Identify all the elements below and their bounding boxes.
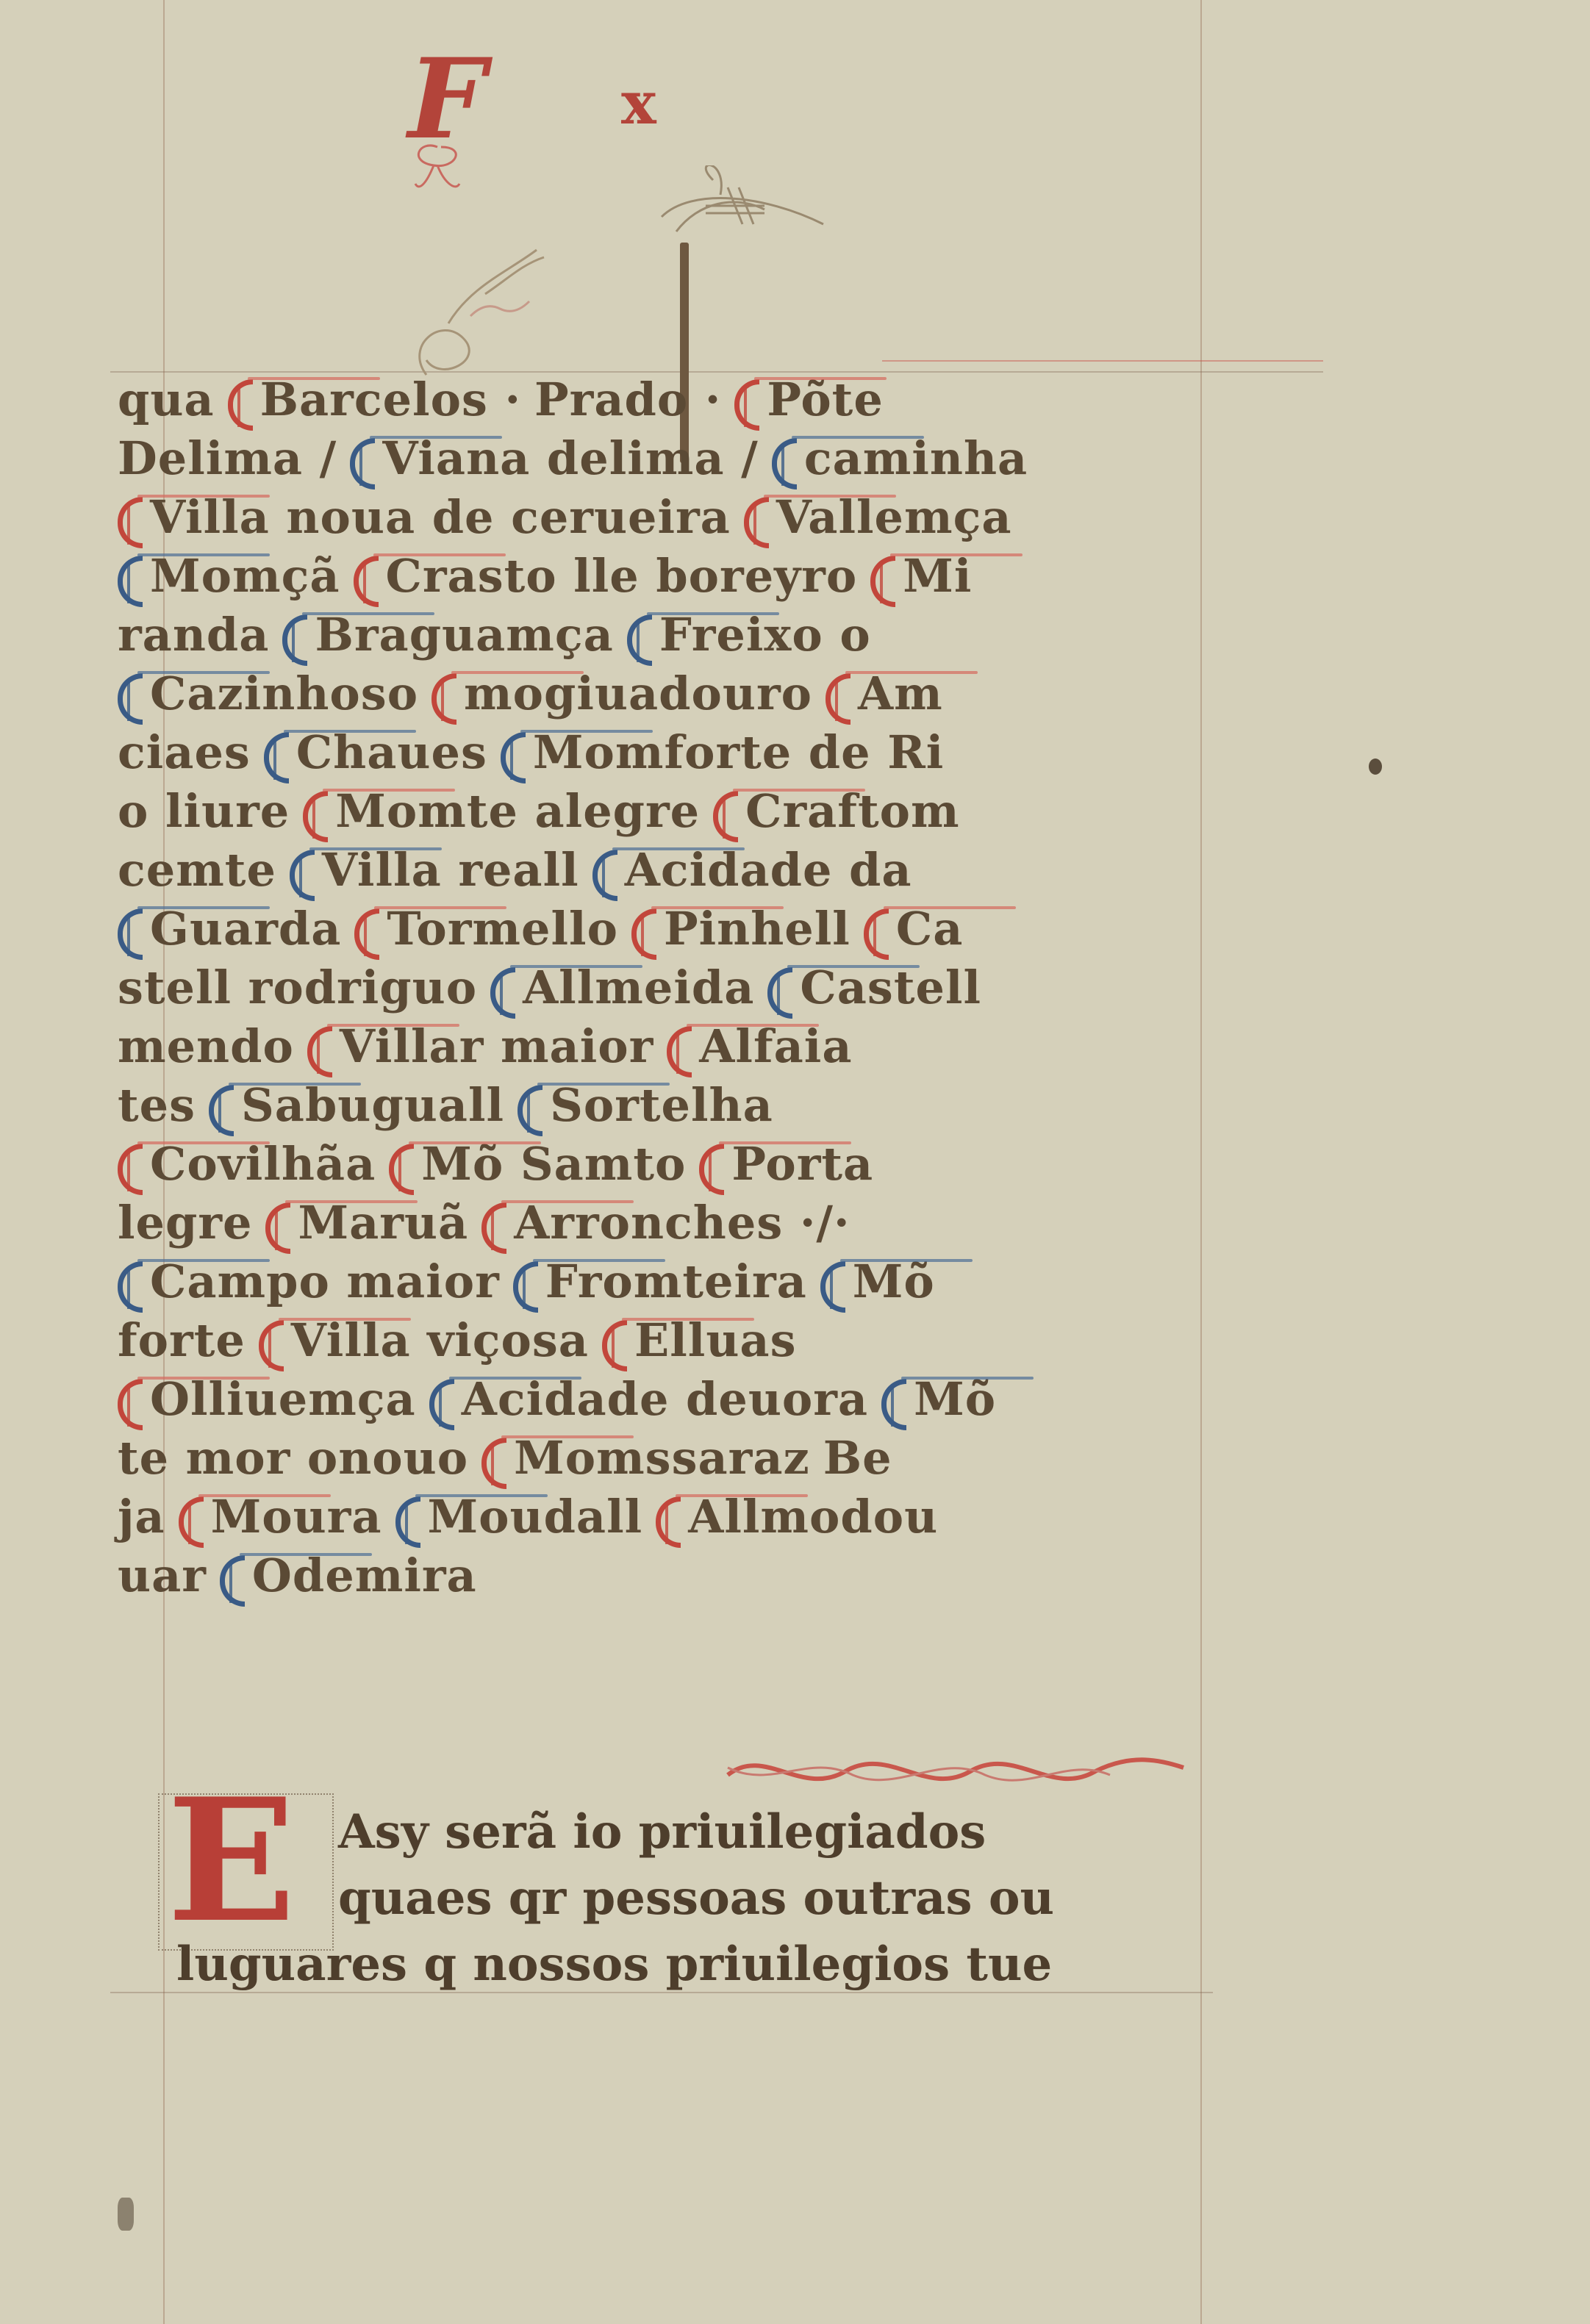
place-name: Mõ	[881, 1372, 996, 1426]
place-name-text: Campo maior	[150, 1255, 500, 1308]
red-paragraph-mark-icon	[602, 1320, 627, 1371]
place-name-text: ciaes	[118, 725, 251, 779]
place-name-text: Crasto lle boreyro	[386, 549, 858, 603]
place-name: te mor onouo	[118, 1431, 468, 1485]
place-name-text: Vallemça	[776, 490, 1012, 544]
blue-paragraph-mark-icon	[490, 967, 515, 1019]
text-line: uarOdemira	[118, 1543, 1264, 1602]
red-paragraph-mark-icon	[864, 908, 889, 960]
place-name-text: Villa noua de cerueira	[150, 490, 731, 544]
place-name-text: Castell	[800, 961, 981, 1014]
place-name: Momçã	[118, 549, 340, 603]
blue-paragraph-mark-icon	[282, 614, 307, 666]
place-name: Be	[823, 1431, 892, 1485]
place-name-text: uar	[118, 1549, 207, 1602]
place-name: Crasto lle boreyro	[354, 549, 858, 603]
red-paragraph-mark-icon	[870, 556, 895, 607]
ink-stain	[118, 2198, 134, 2231]
place-name: Villa noua de cerueira	[118, 490, 731, 544]
blue-paragraph-mark-icon	[772, 438, 797, 489]
text-line: GuardaTormelloPinhellCa	[118, 897, 1264, 955]
place-name: Vallemça	[744, 490, 1012, 544]
place-name: Moudall	[395, 1490, 643, 1543]
text-line: randaBraguamçaFreixo o	[118, 603, 1264, 661]
place-name: Olliuemça	[118, 1372, 416, 1426]
text-line: legreMaruãArronches ·/·	[118, 1191, 1264, 1249]
blue-paragraph-mark-icon	[820, 1261, 845, 1313]
text-line: o liureMomte alegreCraftom	[118, 779, 1264, 838]
place-name-text: Prado ·	[534, 373, 721, 426]
place-name: cemte	[118, 843, 276, 897]
blue-paragraph-mark-icon	[767, 967, 792, 1019]
place-name-text: mogiuadouro	[464, 667, 812, 720]
place-name: Momforte de Ri	[501, 725, 944, 779]
blue-paragraph-mark-icon	[118, 673, 143, 725]
place-name-text: Elluas	[634, 1313, 797, 1367]
red-paragraph-mark-icon	[303, 791, 328, 842]
red-paragraph-mark-icon	[431, 673, 456, 725]
red-paragraph-mark-icon	[826, 673, 850, 725]
place-name-text: Alfaia	[699, 1019, 852, 1073]
place-name-text: qua	[118, 373, 215, 426]
place-name-text: Villar maior	[340, 1019, 653, 1073]
place-name: Chaues	[264, 725, 487, 779]
place-name-text: Ca	[896, 902, 964, 955]
place-name-text: stell rodriguo	[118, 961, 477, 1014]
place-name: Tormello	[354, 902, 618, 955]
red-paragraph-mark-icon	[744, 497, 769, 548]
red-paragraph-mark-icon	[667, 1026, 692, 1077]
ink-stain	[1369, 758, 1382, 775]
line-filler-flourish-icon	[720, 1746, 1191, 1797]
ruling-line	[110, 1992, 1213, 1993]
place-name-text: Olliuemça	[150, 1372, 416, 1426]
bow-flourish-icon	[404, 140, 470, 198]
place-name: Momssaraz	[481, 1431, 810, 1485]
text-line: CovilhãaMõ SamtoPorta	[118, 1132, 1264, 1191]
place-name-text: tes	[118, 1078, 196, 1132]
closing-paragraph: Asy serã io priuilegiados quaes qr pesso…	[338, 1793, 1257, 1992]
place-name-text: Moura	[211, 1490, 382, 1543]
text-line: Delima /Viana delima /caminha	[118, 426, 1264, 485]
place-name: legre	[118, 1196, 252, 1249]
place-name-text: Allmodou	[688, 1490, 938, 1543]
red-paragraph-mark-icon	[389, 1144, 414, 1195]
place-name-text: forte	[118, 1313, 246, 1367]
red-paragraph-mark-icon	[656, 1496, 681, 1548]
place-name: Delima /	[118, 431, 337, 485]
place-name-text: Mõ Samto	[421, 1137, 686, 1191]
place-name: Am	[826, 667, 943, 720]
red-paragraph-mark-icon	[699, 1144, 724, 1195]
place-name-text: Momssaraz	[514, 1431, 810, 1485]
place-name: Villar maior	[307, 1019, 653, 1073]
place-name-text: Momçã	[150, 549, 340, 603]
place-name-text: cemte	[118, 843, 276, 897]
place-name-text: Fromteira	[545, 1255, 807, 1308]
place-name-text: Pinhell	[664, 902, 850, 955]
text-line: luguares q nossos priuilegios tue	[176, 1926, 1257, 1992]
red-paragraph-mark-icon	[481, 1438, 506, 1489]
text-line: OlliuemçaAcidade deuoraMõ	[118, 1367, 1264, 1426]
place-name: Prado ·	[534, 373, 721, 426]
red-paragraph-mark-icon	[307, 1026, 332, 1077]
place-name: qua	[118, 373, 215, 426]
place-name: Fromteira	[513, 1255, 807, 1308]
blue-paragraph-mark-icon	[264, 732, 289, 783]
blue-paragraph-mark-icon	[518, 1085, 542, 1136]
place-name: mogiuadouro	[431, 667, 812, 720]
blue-paragraph-mark-icon	[118, 556, 143, 607]
place-name: randa	[118, 608, 269, 661]
place-name: Guarda	[118, 902, 341, 955]
place-name-text: Acidade deuora	[462, 1372, 868, 1426]
place-name-text: mendo	[118, 1019, 294, 1073]
text-line: Asy serã io priuilegiados	[338, 1793, 1257, 1859]
place-name-text: Villa reall	[322, 843, 579, 897]
place-name: Viana delima /	[350, 431, 758, 485]
place-name-text: Sortelha	[550, 1078, 773, 1132]
place-name-text: Craftom	[745, 784, 959, 838]
place-name-text: Am	[858, 667, 943, 720]
place-name-text: te mor onouo	[118, 1431, 468, 1485]
blue-paragraph-mark-icon	[220, 1555, 245, 1607]
red-paragraph-mark-icon	[118, 1379, 143, 1430]
blue-paragraph-mark-icon	[501, 732, 526, 783]
text-line: jaMouraMoudallAllmodou	[118, 1485, 1264, 1543]
red-paragraph-mark-icon	[354, 908, 379, 960]
blue-paragraph-mark-icon	[350, 438, 375, 489]
place-name: Mõ	[820, 1255, 935, 1308]
text-line: tesSabuguallSortelha	[118, 1073, 1264, 1132]
text-line: te mor onouoMomssarazBe	[118, 1426, 1264, 1485]
place-name: Arronches ·/·	[481, 1196, 850, 1249]
blue-paragraph-mark-icon	[118, 908, 143, 960]
red-paragraph-mark-icon	[354, 556, 379, 607]
blue-paragraph-mark-icon	[290, 850, 315, 901]
place-name-text: Viana delima /	[382, 431, 758, 485]
place-name-text: Barcelos ·	[260, 373, 521, 426]
place-name-text: Cazinhoso	[150, 667, 418, 720]
place-name: Braguamça	[282, 608, 613, 661]
place-name: Freixo o	[627, 608, 871, 661]
text-line: CazinhosomogiuadouroAm	[118, 661, 1264, 720]
place-name-text: Be	[823, 1431, 892, 1485]
place-name: Põte	[734, 373, 883, 426]
place-name-text: Braguamça	[315, 608, 613, 661]
place-name-text: randa	[118, 608, 269, 661]
blue-paragraph-mark-icon	[429, 1379, 454, 1430]
place-name: ciaes	[118, 725, 251, 779]
place-name: tes	[118, 1078, 196, 1132]
text-line: Campo maiorFromteiraMõ	[118, 1249, 1264, 1308]
blue-paragraph-mark-icon	[513, 1261, 538, 1313]
place-name: Acidade deuora	[429, 1372, 868, 1426]
place-name: Sabuguall	[209, 1078, 504, 1132]
blue-paragraph-mark-icon	[395, 1496, 420, 1548]
place-name-text: Mi	[903, 549, 972, 603]
place-name: Acidade da	[592, 843, 912, 897]
place-name-text: ja	[118, 1490, 165, 1543]
blue-paragraph-mark-icon	[118, 1261, 143, 1313]
ruling-line	[882, 360, 1323, 362]
text-line: ciaesChauesMomforte de Ri	[118, 720, 1264, 779]
place-name-text: Maruã	[298, 1196, 468, 1249]
place-name-text: Porta	[731, 1137, 873, 1191]
place-name-text: caminha	[804, 431, 1028, 485]
place-name-text: Villa viçosa	[291, 1313, 589, 1367]
place-name: Cazinhoso	[118, 667, 418, 720]
red-paragraph-mark-icon	[179, 1496, 204, 1548]
place-name: Covilhãa	[118, 1137, 376, 1191]
place-name-text: Sabuguall	[241, 1078, 504, 1132]
place-name: Pinhell	[631, 902, 850, 955]
town-list: quaBarcelos ·Prado ·PõteDelima /Viana de…	[118, 367, 1264, 1602]
red-paragraph-mark-icon	[265, 1202, 290, 1254]
red-paragraph-mark-icon	[713, 791, 738, 842]
place-name: Ca	[864, 902, 964, 955]
place-name-text: Momforte de Ri	[533, 725, 944, 779]
place-name: Momte alegre	[303, 784, 700, 838]
place-name: caminha	[772, 431, 1028, 485]
place-name-text: Allmeida	[523, 961, 754, 1014]
red-paragraph-mark-icon	[118, 1144, 143, 1195]
red-paragraph-mark-icon	[259, 1320, 284, 1371]
place-name: Barcelos ·	[228, 373, 521, 426]
blue-paragraph-mark-icon	[881, 1379, 906, 1430]
red-paragraph-mark-icon	[631, 908, 656, 960]
blue-paragraph-mark-icon	[627, 614, 652, 666]
place-name-text: Momte alegre	[335, 784, 700, 838]
folio-numeral: x	[621, 73, 656, 132]
place-name: Maruã	[265, 1196, 468, 1249]
folio-letter: F	[408, 44, 487, 154]
place-name-text: o liure	[118, 784, 290, 838]
place-name-text: Mõ	[853, 1255, 935, 1308]
text-line: stell rodriguoAllmeidaCastell	[118, 955, 1264, 1014]
place-name: o liure	[118, 784, 290, 838]
place-name: Mõ Samto	[389, 1137, 686, 1191]
place-name: Mi	[870, 549, 972, 603]
blue-paragraph-mark-icon	[209, 1085, 234, 1136]
place-name: Alfaia	[667, 1019, 852, 1073]
text-line: MomçãCrasto lle boreyroMi	[118, 544, 1264, 603]
place-name: Craftom	[713, 784, 959, 838]
place-name: forte	[118, 1313, 246, 1367]
place-name-text: Tormello	[387, 902, 618, 955]
text-line: quaBarcelos ·Prado ·Põte	[118, 367, 1264, 426]
place-name: Sortelha	[518, 1078, 773, 1132]
text-line: quaes qr pessoas outras ou	[338, 1859, 1257, 1926]
place-name: Elluas	[602, 1313, 797, 1367]
place-name-text: Freixo o	[659, 608, 871, 661]
place-name: stell rodriguo	[118, 961, 477, 1014]
initial-letter: E	[167, 1776, 296, 1945]
place-name: Porta	[699, 1137, 873, 1191]
text-line: forteVilla viçosaElluas	[118, 1308, 1264, 1367]
text-line: cemteVilla reallAcidade da	[118, 838, 1264, 897]
place-name-text: Mõ	[914, 1372, 996, 1426]
place-name: mendo	[118, 1019, 294, 1073]
manuscript-folio: F x quaBarcelos ·Prado ·PõteDelima /Vian…	[0, 0, 1590, 2324]
place-name: Allmodou	[656, 1490, 938, 1543]
place-name: Moura	[179, 1490, 382, 1543]
red-paragraph-mark-icon	[734, 379, 759, 431]
place-name-text: Põte	[767, 373, 883, 426]
place-name-text: Guarda	[150, 902, 341, 955]
place-name: Odemira	[220, 1549, 477, 1602]
place-name: Allmeida	[490, 961, 754, 1014]
text-line: mendoVillar maiorAlfaia	[118, 1014, 1264, 1073]
red-paragraph-mark-icon	[228, 379, 253, 431]
place-name: Villa reall	[290, 843, 579, 897]
pen-flourish-icon	[617, 165, 860, 276]
place-name-text: legre	[118, 1196, 252, 1249]
place-name-text: Moudall	[428, 1490, 643, 1543]
place-name: Villa viçosa	[259, 1313, 589, 1367]
place-name: ja	[118, 1490, 165, 1543]
place-name-text: Chaues	[296, 725, 487, 779]
place-name-text: Acidade da	[625, 843, 912, 897]
red-paragraph-mark-icon	[481, 1202, 506, 1254]
place-name-text: Covilhãa	[150, 1137, 376, 1191]
blue-paragraph-mark-icon	[592, 850, 617, 901]
place-name: Castell	[767, 961, 981, 1014]
place-name-text: Odemira	[252, 1549, 477, 1602]
text-line: Villa noua de cerueiraVallemça	[118, 485, 1264, 544]
place-name-text: Arronches ·/·	[514, 1196, 850, 1249]
place-name: uar	[118, 1549, 207, 1602]
red-paragraph-mark-icon	[118, 497, 143, 548]
place-name-text: Delima /	[118, 431, 337, 485]
place-name: Campo maior	[118, 1255, 500, 1308]
